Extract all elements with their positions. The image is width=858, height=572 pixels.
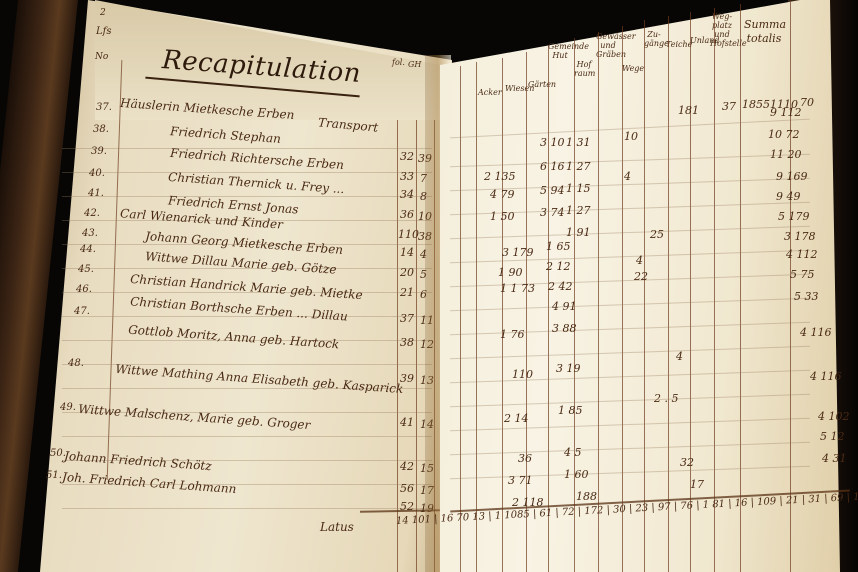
folio-number: 41 (400, 416, 414, 429)
column-rule (548, 45, 549, 572)
row-total: 4 116 (800, 326, 832, 339)
cell-value: 36 (518, 452, 532, 465)
cell-value: 2 42 (548, 280, 573, 293)
row-number: 40. (89, 168, 105, 179)
row-total: 11 20 (770, 148, 802, 161)
row-total: 5 179 (778, 210, 810, 223)
folio-number: 110 (398, 228, 419, 241)
row-number: 44. (80, 244, 96, 255)
cell-value: 1 15 (566, 182, 591, 195)
cell-value: 1 91 (566, 226, 591, 239)
carry-value: 37 (722, 100, 736, 113)
cell-value: 3 10 (540, 136, 565, 149)
row-total: 5 33 (794, 290, 819, 303)
cell-value: 2 118 (512, 496, 544, 509)
cell-value: 1 65 (546, 240, 571, 253)
cell-value: 2 12 (546, 260, 571, 273)
column-rule (740, 4, 741, 572)
cell-value: 3 179 (502, 246, 534, 259)
cell-value: 2 135 (484, 170, 516, 183)
row-total: 4 112 (786, 248, 818, 261)
cell-value: 3 19 (556, 362, 581, 375)
folio-number: 37 (400, 312, 414, 325)
column-rule (644, 20, 645, 572)
row-number: 41. (88, 188, 104, 199)
row-number: 51. (46, 470, 62, 481)
margin-note: 2 (100, 8, 106, 18)
cell-value: 1 27 (566, 204, 591, 217)
cell-value: 4 (676, 350, 683, 363)
carry-value: 70 (800, 96, 814, 109)
cell-value: 1 76 (500, 328, 525, 341)
folio-number: 42 (400, 460, 414, 473)
column-header: GH (408, 60, 421, 69)
row-rule (62, 436, 432, 437)
column-header: fol. (392, 58, 405, 67)
cell-value: 4 91 (552, 300, 577, 313)
cell-value: 17 (690, 478, 704, 491)
row-total: 5 75 (790, 268, 815, 281)
row-number: 47. (74, 306, 90, 317)
folio-number: 52 (400, 500, 414, 513)
row-number: 48. (68, 358, 84, 369)
column-rule (397, 120, 398, 572)
cell-value: 3 74 (540, 206, 565, 219)
column-rule (668, 16, 669, 572)
cell-value: 4 79 (490, 188, 515, 201)
cell-value: 4 5 (564, 446, 582, 459)
row-rule (62, 172, 432, 173)
cell-value: 10 (624, 130, 638, 143)
column-rule (416, 120, 417, 572)
cell-value: 6 16 (540, 160, 565, 173)
cell-value: 25 (650, 228, 664, 241)
row-number: 39. (91, 146, 107, 157)
row-number: 46. (76, 284, 92, 295)
cell-value: 32 (680, 456, 694, 469)
margin-note: Lfs (96, 26, 111, 37)
row-total: 9 49 (776, 190, 801, 203)
column-header: Gärten (528, 80, 550, 89)
row-total: 3 178 (784, 230, 816, 243)
cell-value: 2 14 (504, 412, 529, 425)
folio-number: 21 (400, 286, 414, 299)
cell-value: 4 (624, 170, 631, 183)
row-number: 49. (60, 402, 76, 413)
row-total: 9 112 (770, 106, 802, 119)
cell-value: 1 85 (558, 404, 583, 417)
latus-label: Latus (320, 520, 354, 534)
ledger-photo: 2 Lfs No Recapitulation Transport fol. G… (0, 0, 858, 572)
column-header: Hof raum (574, 60, 594, 78)
row-rule (62, 196, 432, 197)
row-number: 42. (84, 208, 100, 219)
carry-value: 181 (678, 104, 699, 117)
folio-number: 39 (400, 372, 414, 385)
carry-value: 1855 (742, 98, 770, 111)
column-header: Summa totalis (744, 18, 784, 46)
folio-number: 56 (400, 482, 414, 495)
cell-value: 1 31 (566, 136, 591, 149)
row-number: 37. (96, 102, 112, 113)
column-rule (460, 66, 461, 572)
row-total: 10 72 (768, 128, 800, 141)
cell-value: 3 71 (508, 474, 533, 487)
cell-value: 110 (512, 368, 533, 381)
cell-value: 1 50 (490, 210, 515, 223)
cell-value: 4 (636, 254, 643, 267)
column-rule (526, 52, 527, 572)
column-header: Zu-gänge (644, 30, 664, 48)
cell-value: 2 . 5 (654, 392, 679, 405)
row-rule (62, 508, 432, 509)
cell-value: 22 (634, 270, 648, 283)
cell-value: 3 88 (552, 322, 577, 335)
column-rule (476, 62, 477, 572)
folio-number: 32 (400, 150, 414, 163)
folio-number: 36 (400, 208, 414, 221)
row-number: 43. (82, 228, 98, 239)
folio-number: 34 (400, 188, 414, 201)
folio-number: 20 (400, 266, 414, 279)
margin-note: No (95, 52, 108, 62)
folio-number: 14 (400, 246, 414, 259)
cell-value: 1 90 (498, 266, 523, 279)
cell-value: 1 1 73 (500, 282, 535, 295)
row-number: 38. (93, 124, 109, 135)
row-total: 4 116 (810, 370, 842, 383)
cell-value: 1 60 (564, 468, 589, 481)
column-header: Gewässer und Gräben (596, 32, 620, 59)
row-total: 4 102 (818, 410, 850, 423)
row-total: 4 31 (822, 452, 847, 465)
column-header: Wege (622, 64, 642, 73)
folio-number: 38 (400, 336, 414, 349)
cell-value: 188 (576, 490, 597, 503)
column-header: Acker (478, 88, 502, 97)
column-header: Teiche (666, 40, 686, 49)
column-rule (790, 2, 791, 572)
column-rule (622, 26, 623, 572)
row-number: 45. (78, 264, 94, 275)
column-header: Gemeinde Hut (548, 42, 572, 60)
folio-number: 33 (400, 170, 414, 183)
column-rule (598, 32, 599, 572)
row-rule (62, 148, 432, 149)
column-header: Unland (690, 36, 712, 45)
cell-value: 1 27 (566, 160, 591, 173)
row-total: 5 12 (820, 430, 845, 443)
row-total: 9 169 (776, 170, 808, 183)
column-rule (714, 8, 715, 572)
cell-value: 5 94 (540, 184, 565, 197)
